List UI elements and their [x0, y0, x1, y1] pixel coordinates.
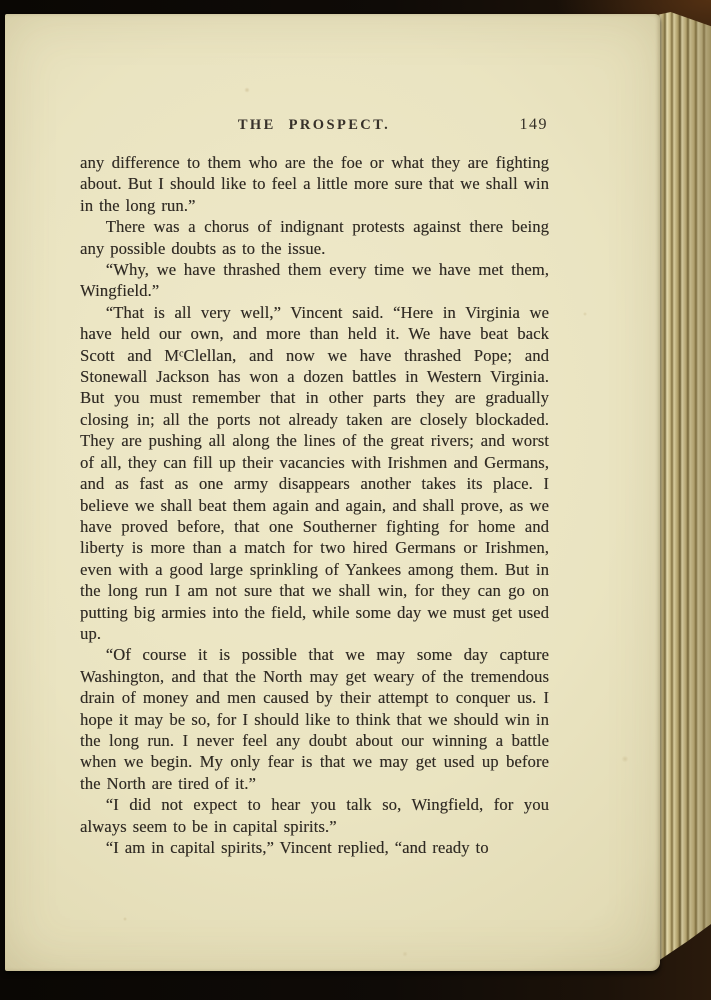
book-page: THE PROSPECT. 149 any difference to them…: [5, 14, 660, 971]
chapter-title: THE PROSPECT.: [80, 117, 548, 134]
running-header: THE PROSPECT. 149: [80, 117, 548, 139]
page-edges-stack: [655, 12, 711, 966]
paragraph: “I did not expect to hear you talk so, W…: [80, 794, 549, 837]
paragraph: any difference to them who are the foe o…: [80, 152, 549, 216]
paragraph: “Of course it is possible that we may so…: [80, 644, 549, 794]
page-text-block: any difference to them who are the foe o…: [80, 152, 549, 858]
book-photo-scene: THE PROSPECT. 149 any difference to them…: [0, 0, 711, 1000]
paragraph: There was a chorus of indignant protests…: [80, 216, 549, 259]
page-number: 149: [520, 116, 549, 134]
paragraph: “That is all very well,” Vincent said. “…: [80, 302, 549, 645]
paragraph: “I am in capital spirits,” Vincent repli…: [80, 837, 549, 858]
paragraph: “Why, we have thrashed them every time w…: [80, 259, 549, 302]
